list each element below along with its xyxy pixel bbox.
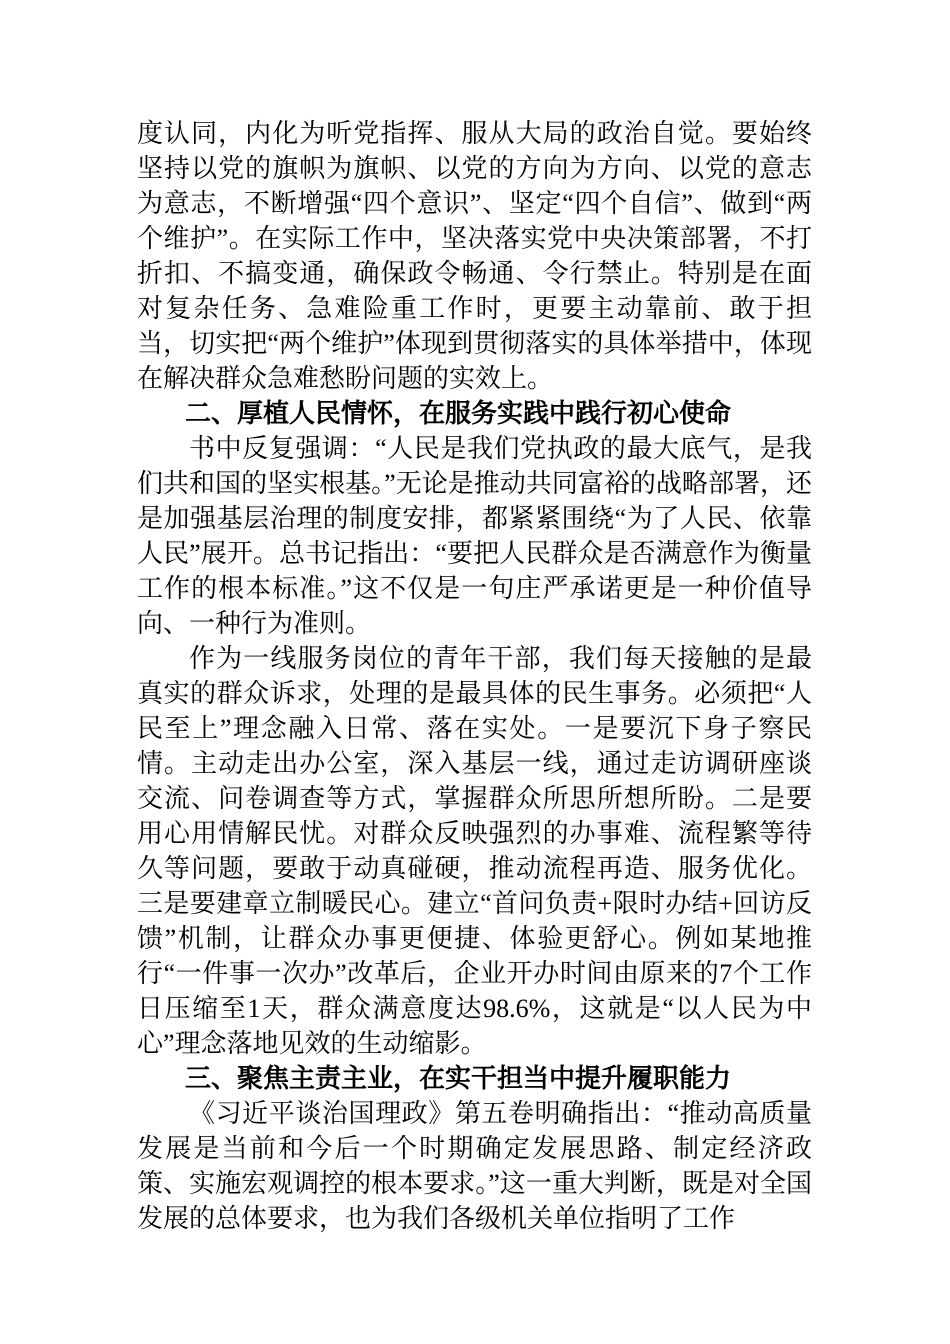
document-content: 度认同，内化为听党指挥、服从大局的政治自觉。要始终坚持以党的旗帜为旗帜、以党的方… [137,116,812,1236]
paragraph-frontline-service: 作为一线服务岗位的青年干部，我们每天接触的是最真实的群众诉求，处理的是最具体的民… [137,641,812,1061]
paragraph-high-quality-development: 《习近平谈治国理政》第五卷明确指出：“推动高质量发展是当前和今后一个时期确定发展… [137,1096,812,1236]
document-page: 度认同，内化为听党指挥、服从大局的政治自觉。要始终坚持以党的旗帜为旗帜、以党的方… [0,0,950,1344]
section-heading-3: 三、聚焦主责主业，在实干担当中提升履职能力 [137,1061,812,1096]
section-heading-2: 二、厚植人民情怀，在服务实践中践行初心使命 [137,396,812,431]
paragraph-political-loyalty: 度认同，内化为听党指挥、服从大局的政治自觉。要始终坚持以党的旗帜为旗帜、以党的方… [137,116,812,396]
paragraph-people-foundation: 书中反复强调：“人民是我们党执政的最大底气，是我们共和国的坚实根基。”无论是推动… [137,431,812,641]
